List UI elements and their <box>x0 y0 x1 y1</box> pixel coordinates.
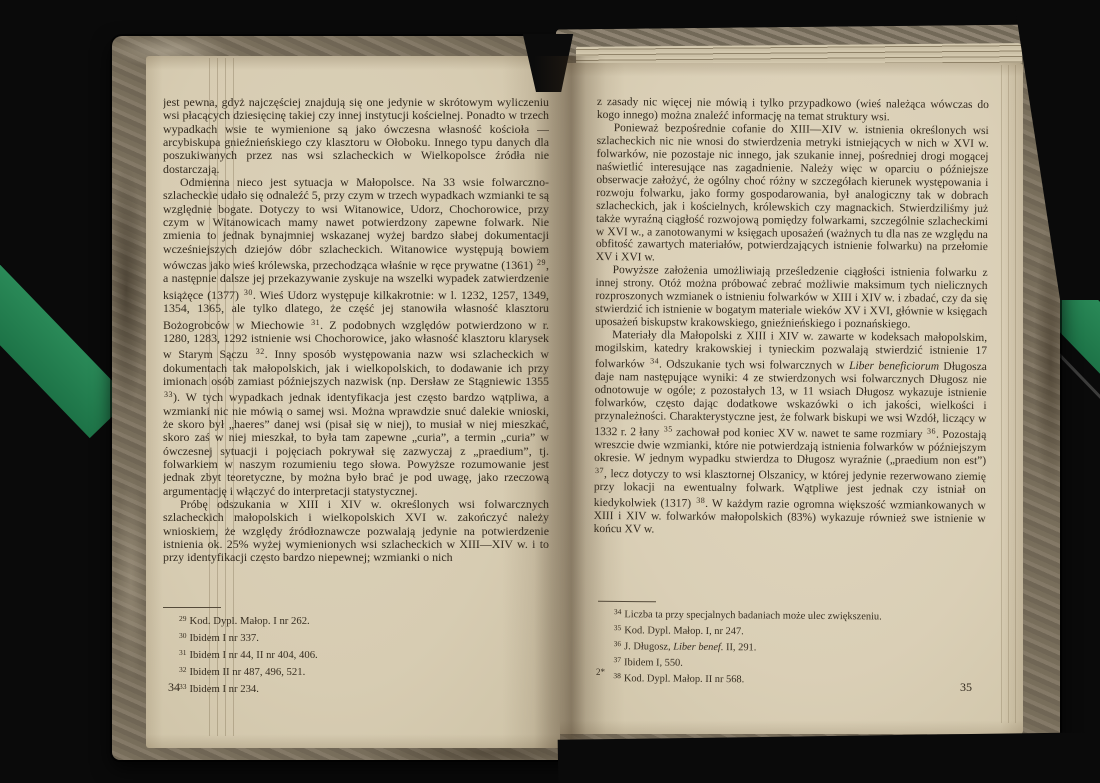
right-page: z zasady nic więcej nie mówią i tylko pr… <box>560 63 1023 734</box>
paragraph: Materiały dla Małopolski z XIII i XIV w.… <box>594 329 988 538</box>
footnote-rule-right <box>598 601 656 602</box>
footnote-number: 35 <box>614 623 622 632</box>
footnote: 31Ibidem I nr 44, II nr 404, 406. <box>163 646 549 663</box>
footnote-ref: 36 <box>927 426 936 435</box>
paragraph: Próbę odszukania w XIII i XIV w. określo… <box>163 498 549 565</box>
footnote-number: 29 <box>179 614 187 623</box>
footnote-ref: 32 <box>256 347 265 356</box>
page-number-right: 35 <box>960 680 972 695</box>
footnote-ref: 30 <box>244 288 253 297</box>
footnote-ref: 33 <box>164 390 173 399</box>
footnote: 38Kod. Dypl. Małop. II nr 568. <box>597 670 989 689</box>
paragraph: Odmienna nieco jest sytuacja w Małopolsc… <box>163 176 549 498</box>
paragraph: jest pewna, gdyż najczęściej znajdują si… <box>163 96 549 176</box>
footnote-number: 31 <box>179 648 187 657</box>
paragraph: Ponieważ bezpośrednie cofanie do XIII—XI… <box>596 122 989 268</box>
footnote-ref: 35 <box>664 424 673 433</box>
footnote-number: 33 <box>179 682 187 691</box>
footnote-number: 37 <box>613 655 621 664</box>
footnote-number: 32 <box>179 665 187 674</box>
left-page: jest pewna, gdyż najczęściej znajdują si… <box>146 56 560 748</box>
signature-mark: 2* <box>596 667 605 677</box>
paragraph: z zasady nic więcej nie mówią i tylko pr… <box>597 96 989 125</box>
green-strap-left <box>0 234 130 438</box>
left-page-footnotes: 29Kod. Dypl. Małop. I nr 262.30Ibidem I … <box>163 612 549 697</box>
footnote-ref: 34 <box>650 356 659 365</box>
footnote-rule-left <box>163 607 221 608</box>
footnote-number: 34 <box>614 607 622 616</box>
page-edge-lines-right <box>995 65 1019 723</box>
left-page-text: jest pewna, gdyż najczęściej znajdują si… <box>163 96 549 610</box>
footnote-ref: 31 <box>311 318 320 327</box>
footnote: 32Ibidem II nr 487, 496, 521. <box>163 663 549 680</box>
right-page-footnotes: 34Liczba ta przy specjalnych badaniach m… <box>597 606 990 689</box>
footnote-number: 36 <box>614 639 622 648</box>
footnote-ref: 37 <box>595 466 604 475</box>
scanned-book-photo: jest pewna, gdyż najczęściej znajdują si… <box>0 0 1100 783</box>
background-cut-bottom-right <box>558 732 1100 783</box>
footnote: 29Kod. Dypl. Małop. I nr 262. <box>163 612 549 629</box>
footnote: 30Ibidem I nr 337. <box>163 629 549 646</box>
footnote-number: 38 <box>613 671 621 680</box>
paragraph: Powyższe założenia umożliwiają prześledz… <box>595 264 987 332</box>
footnote-ref: 29 <box>537 258 546 267</box>
right-page-text: z zasady nic więcej nie mówią i tylko pr… <box>593 96 989 601</box>
footnote-ref: 38 <box>696 495 705 504</box>
footnote: 33Ibidem I nr 234. <box>163 680 549 697</box>
footnote-number: 30 <box>179 631 187 640</box>
page-number-left: 34 <box>168 680 180 695</box>
